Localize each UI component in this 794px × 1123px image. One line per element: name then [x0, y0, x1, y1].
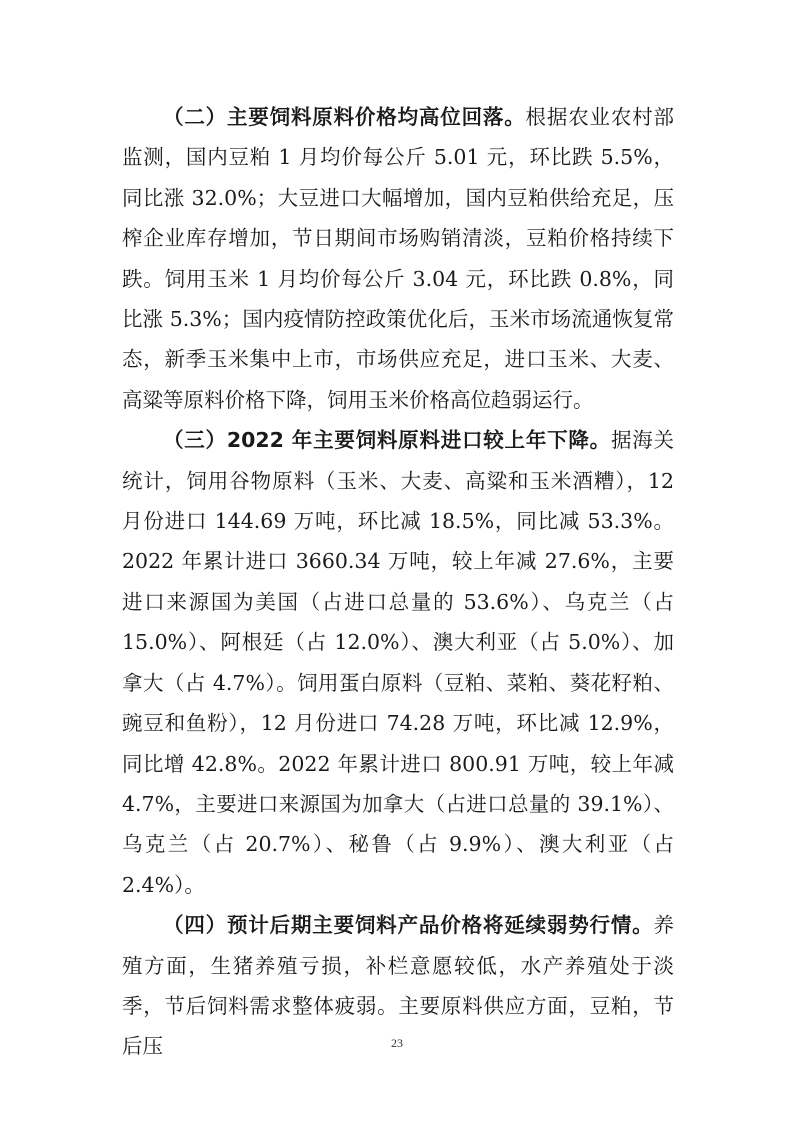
paragraph-body: 据海关统计，饲用谷物原料（玉米、大麦、高粱和玉米酒糟），12 月份进口 144.…: [122, 428, 674, 896]
paragraph-feed-material-prices: （二）主要饲料原料价格均高位回落。根据农业农村部监测，国内豆粕 1 月均价每公斤…: [122, 97, 674, 420]
paragraph-heading: （四）预计后期主要饲料产品价格将延续弱势行情。: [163, 913, 654, 937]
document-page: （二）主要饲料原料价格均高位回落。根据农业农村部监测，国内豆粕 1 月均价每公斤…: [122, 97, 674, 1067]
paragraph-feed-material-imports: （三）2022 年主要饲料原料进口较上年下降。据海关统计，饲用谷物原料（玉米、大…: [122, 420, 674, 905]
paragraph-heading: （二）主要饲料原料价格均高位回落。: [163, 105, 526, 129]
paragraph-heading: （三）2022 年主要饲料原料进口较上年下降。: [163, 428, 611, 452]
page-number: 23: [0, 1036, 794, 1051]
paragraph-body: 根据农业农村部监测，国内豆粕 1 月均价每公斤 5.01 元，环比跌 5.5%，…: [122, 105, 674, 412]
